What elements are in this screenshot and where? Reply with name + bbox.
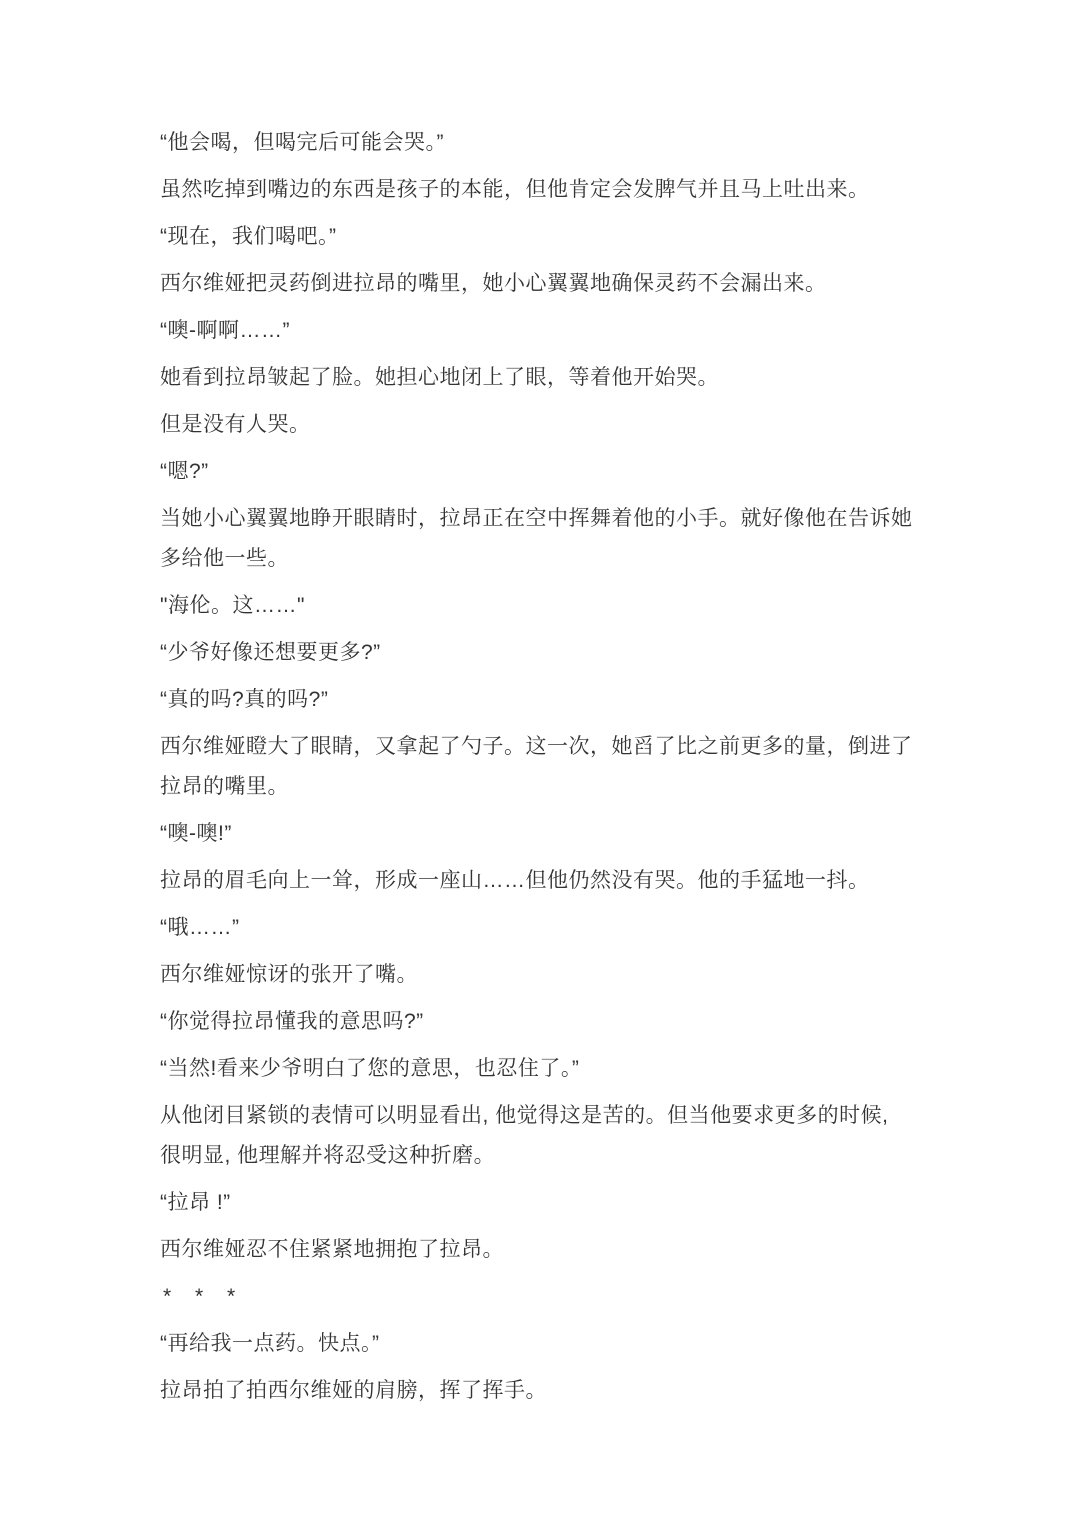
paragraph-dialogue: “再给我一点药。快点。” — [160, 1324, 916, 1364]
paragraph-dialogue: “他会喝，但喝完后可能会哭。” — [160, 123, 916, 163]
paragraph-narration: 西尔维娅忍不住紧紧地拥抱了拉昂。 — [160, 1230, 916, 1270]
paragraph-dialogue: “噢-啊啊……” — [160, 311, 916, 351]
section-separator: * * * — [163, 1277, 916, 1317]
paragraph-narration: 西尔维娅惊讶的张开了嘴。 — [160, 955, 916, 995]
paragraph-dialogue: “拉昂 !” — [160, 1183, 916, 1223]
paragraph-dialogue: “哦……” — [160, 908, 916, 948]
paragraph-narration: 西尔维娅把灵药倒进拉昂的嘴里，她小心翼翼地确保灵药不会漏出来。 — [160, 264, 916, 304]
paragraph-narration: 拉昂的眉毛向上一耸，形成一座山……但他仍然没有哭。他的手猛地一抖。 — [160, 861, 916, 901]
paragraph-narration: 拉昂拍了拍西尔维娅的肩膀，挥了挥手。 — [160, 1371, 916, 1411]
paragraph-dialogue: “真的吗?真的吗?” — [160, 680, 916, 720]
paragraph-narration: 从他闭目紧锁的表情可以明显看出, 他觉得这是苦的。但当他要求更多的时候, 很明显… — [160, 1096, 916, 1176]
paragraph-narration: 她看到拉昂皱起了脸。她担心地闭上了眼，等着他开始哭。 — [160, 358, 916, 398]
paragraph-dialogue: “少爷好像还想要更多?” — [160, 633, 916, 673]
paragraph-dialogue: “噢-噢!” — [160, 814, 916, 854]
paragraph-dialogue: “当然!看来少爷明白了您的意思，也忍住了。” — [160, 1049, 916, 1089]
paragraph-dialogue: "海伦。这……" — [160, 586, 916, 626]
paragraph-dialogue: “现在，我们喝吧。” — [160, 217, 916, 257]
paragraph-narration: 虽然吃掉到嘴边的东西是孩子的本能，但他肯定会发脾气并且马上吐出来。 — [160, 170, 916, 210]
paragraph-narration: 但是没有人哭。 — [160, 405, 916, 445]
paragraph-dialogue: “嗯?” — [160, 452, 916, 492]
paragraph-dialogue: “你觉得拉昂懂我的意思吗?” — [160, 1002, 916, 1042]
document-page: “他会喝，但喝完后可能会哭。” 虽然吃掉到嘴边的东西是孩子的本能，但他肯定会发脾… — [0, 0, 1074, 1519]
paragraph-narration: 当她小心翼翼地睁开眼睛时，拉昂正在空中挥舞着他的小手。就好像他在告诉她多给他一些… — [160, 499, 916, 579]
paragraph-narration: 西尔维娅瞪大了眼睛，又拿起了勺子。这一次，她舀了比之前更多的量，倒进了拉昂的嘴里… — [160, 727, 916, 807]
